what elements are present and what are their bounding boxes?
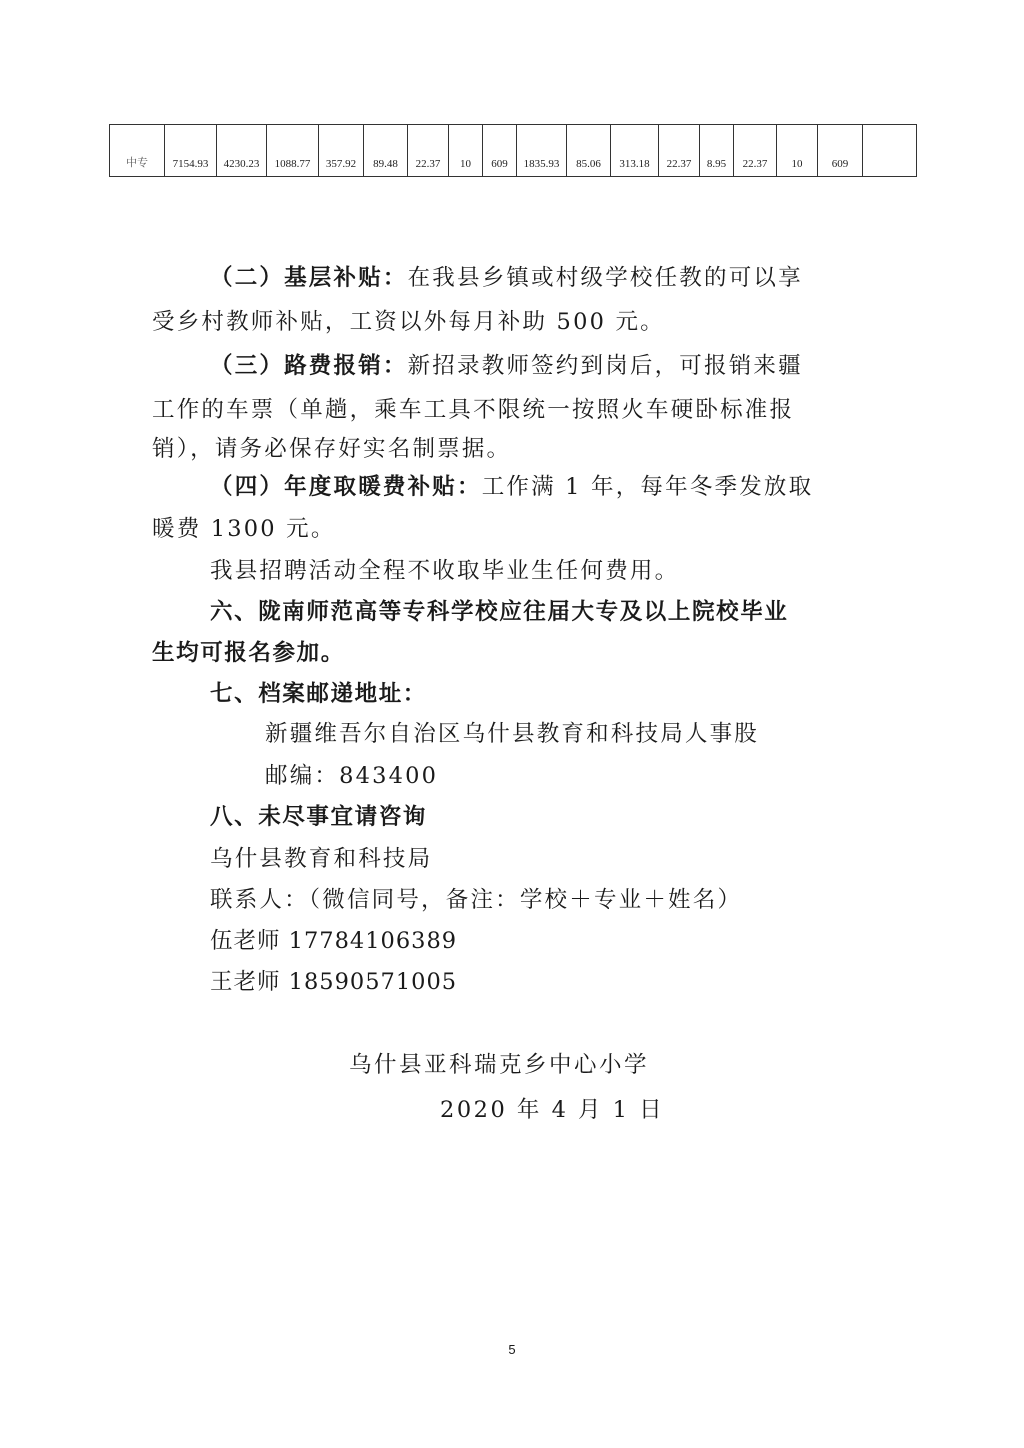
section-six-line2: 生均可报名参加。: [152, 632, 872, 674]
contact-teacher-wang: 王老师 18590571005: [210, 961, 930, 1003]
paragraph-line: 暖费 1300 元。: [152, 508, 872, 550]
row-label: 中专: [110, 125, 165, 177]
table-cell: 10: [777, 125, 818, 177]
table-cell: 609: [818, 125, 863, 177]
salary-table: 中专 7154.93 4230.23 1088.77 357.92 89.48 …: [109, 124, 917, 177]
table-cell: 7154.93: [165, 125, 217, 177]
table-cell: 4230.23: [217, 125, 267, 177]
table-cell: 85.06: [567, 125, 611, 177]
section-lead: （二）基层补贴：: [210, 265, 408, 291]
table-cell: 313.18: [611, 125, 659, 177]
page-number: 5: [0, 1342, 1024, 1357]
paragraph-line: 销），请务必保存好实名制票据。: [152, 428, 872, 470]
mailing-address: 新疆维吾尔自治区乌什县教育和科技局人事股: [265, 713, 985, 755]
paragraph-text: 在我县乡镇或村级学校任教的可以享: [408, 265, 803, 291]
table-cell: 609: [483, 125, 517, 177]
table-cell: 22.37: [408, 125, 449, 177]
contact-note: 联系人：（微信同号，备注：学校＋专业＋姓名）: [210, 879, 930, 921]
paragraph-line: 工作的车票（单趟，乘车工具不限统一按照火车硬卧标准报: [152, 389, 872, 431]
section-lead: （三）路费报销：: [210, 353, 408, 379]
table-cell: 357.92: [319, 125, 364, 177]
table-row: 中专 7154.93 4230.23 1088.77 357.92 89.48 …: [110, 125, 917, 177]
no-fee-statement: 我县招聘活动全程不收取毕业生任何费用。: [210, 550, 930, 592]
table-cell: 1835.93: [517, 125, 567, 177]
table-cell: 10: [449, 125, 483, 177]
paragraph-grassroots-subsidy: （二）基层补贴：在我县乡镇或村级学校任教的可以享: [152, 257, 872, 299]
contact-organization: 乌什县教育和科技局: [210, 838, 930, 880]
table-cell: 8.95: [700, 125, 734, 177]
section-six-line1: 六、陇南师范高等专科学校应往届大专及以上院校毕业: [210, 591, 930, 633]
table-cell: 22.37: [659, 125, 700, 177]
signature-date: 2020 年 4 月 1 日: [440, 1092, 664, 1124]
table-cell: 22.37: [734, 125, 777, 177]
paragraph-text: 新招录教师签约到岗后，可报销来疆: [408, 353, 803, 379]
paragraph-text: 工作满 1 年，每年冬季发放取: [482, 474, 814, 500]
section-lead: （四）年度取暖费补贴：: [210, 474, 482, 500]
table-cell: 1088.77: [267, 125, 319, 177]
table-cell: [863, 125, 917, 177]
paragraph-heating-subsidy: （四）年度取暖费补贴：工作满 1 年，每年冬季发放取: [152, 466, 872, 508]
signature-organization: 乌什县亚科瑞克乡中心小学: [349, 1047, 649, 1079]
contact-teacher-wu: 伍老师 17784106389: [210, 920, 930, 962]
section-eight-heading: 八、未尽事宜请咨询: [210, 796, 930, 838]
section-seven-heading: 七、档案邮递地址：: [210, 673, 930, 715]
paragraph-line: 受乡村教师补贴，工资以外每月补助 500 元。: [152, 301, 872, 343]
paragraph-travel-reimbursement: （三）路费报销：新招录教师签约到岗后，可报销来疆: [152, 345, 872, 387]
postcode: 邮编：843400: [265, 755, 985, 797]
table-cell: 89.48: [364, 125, 408, 177]
